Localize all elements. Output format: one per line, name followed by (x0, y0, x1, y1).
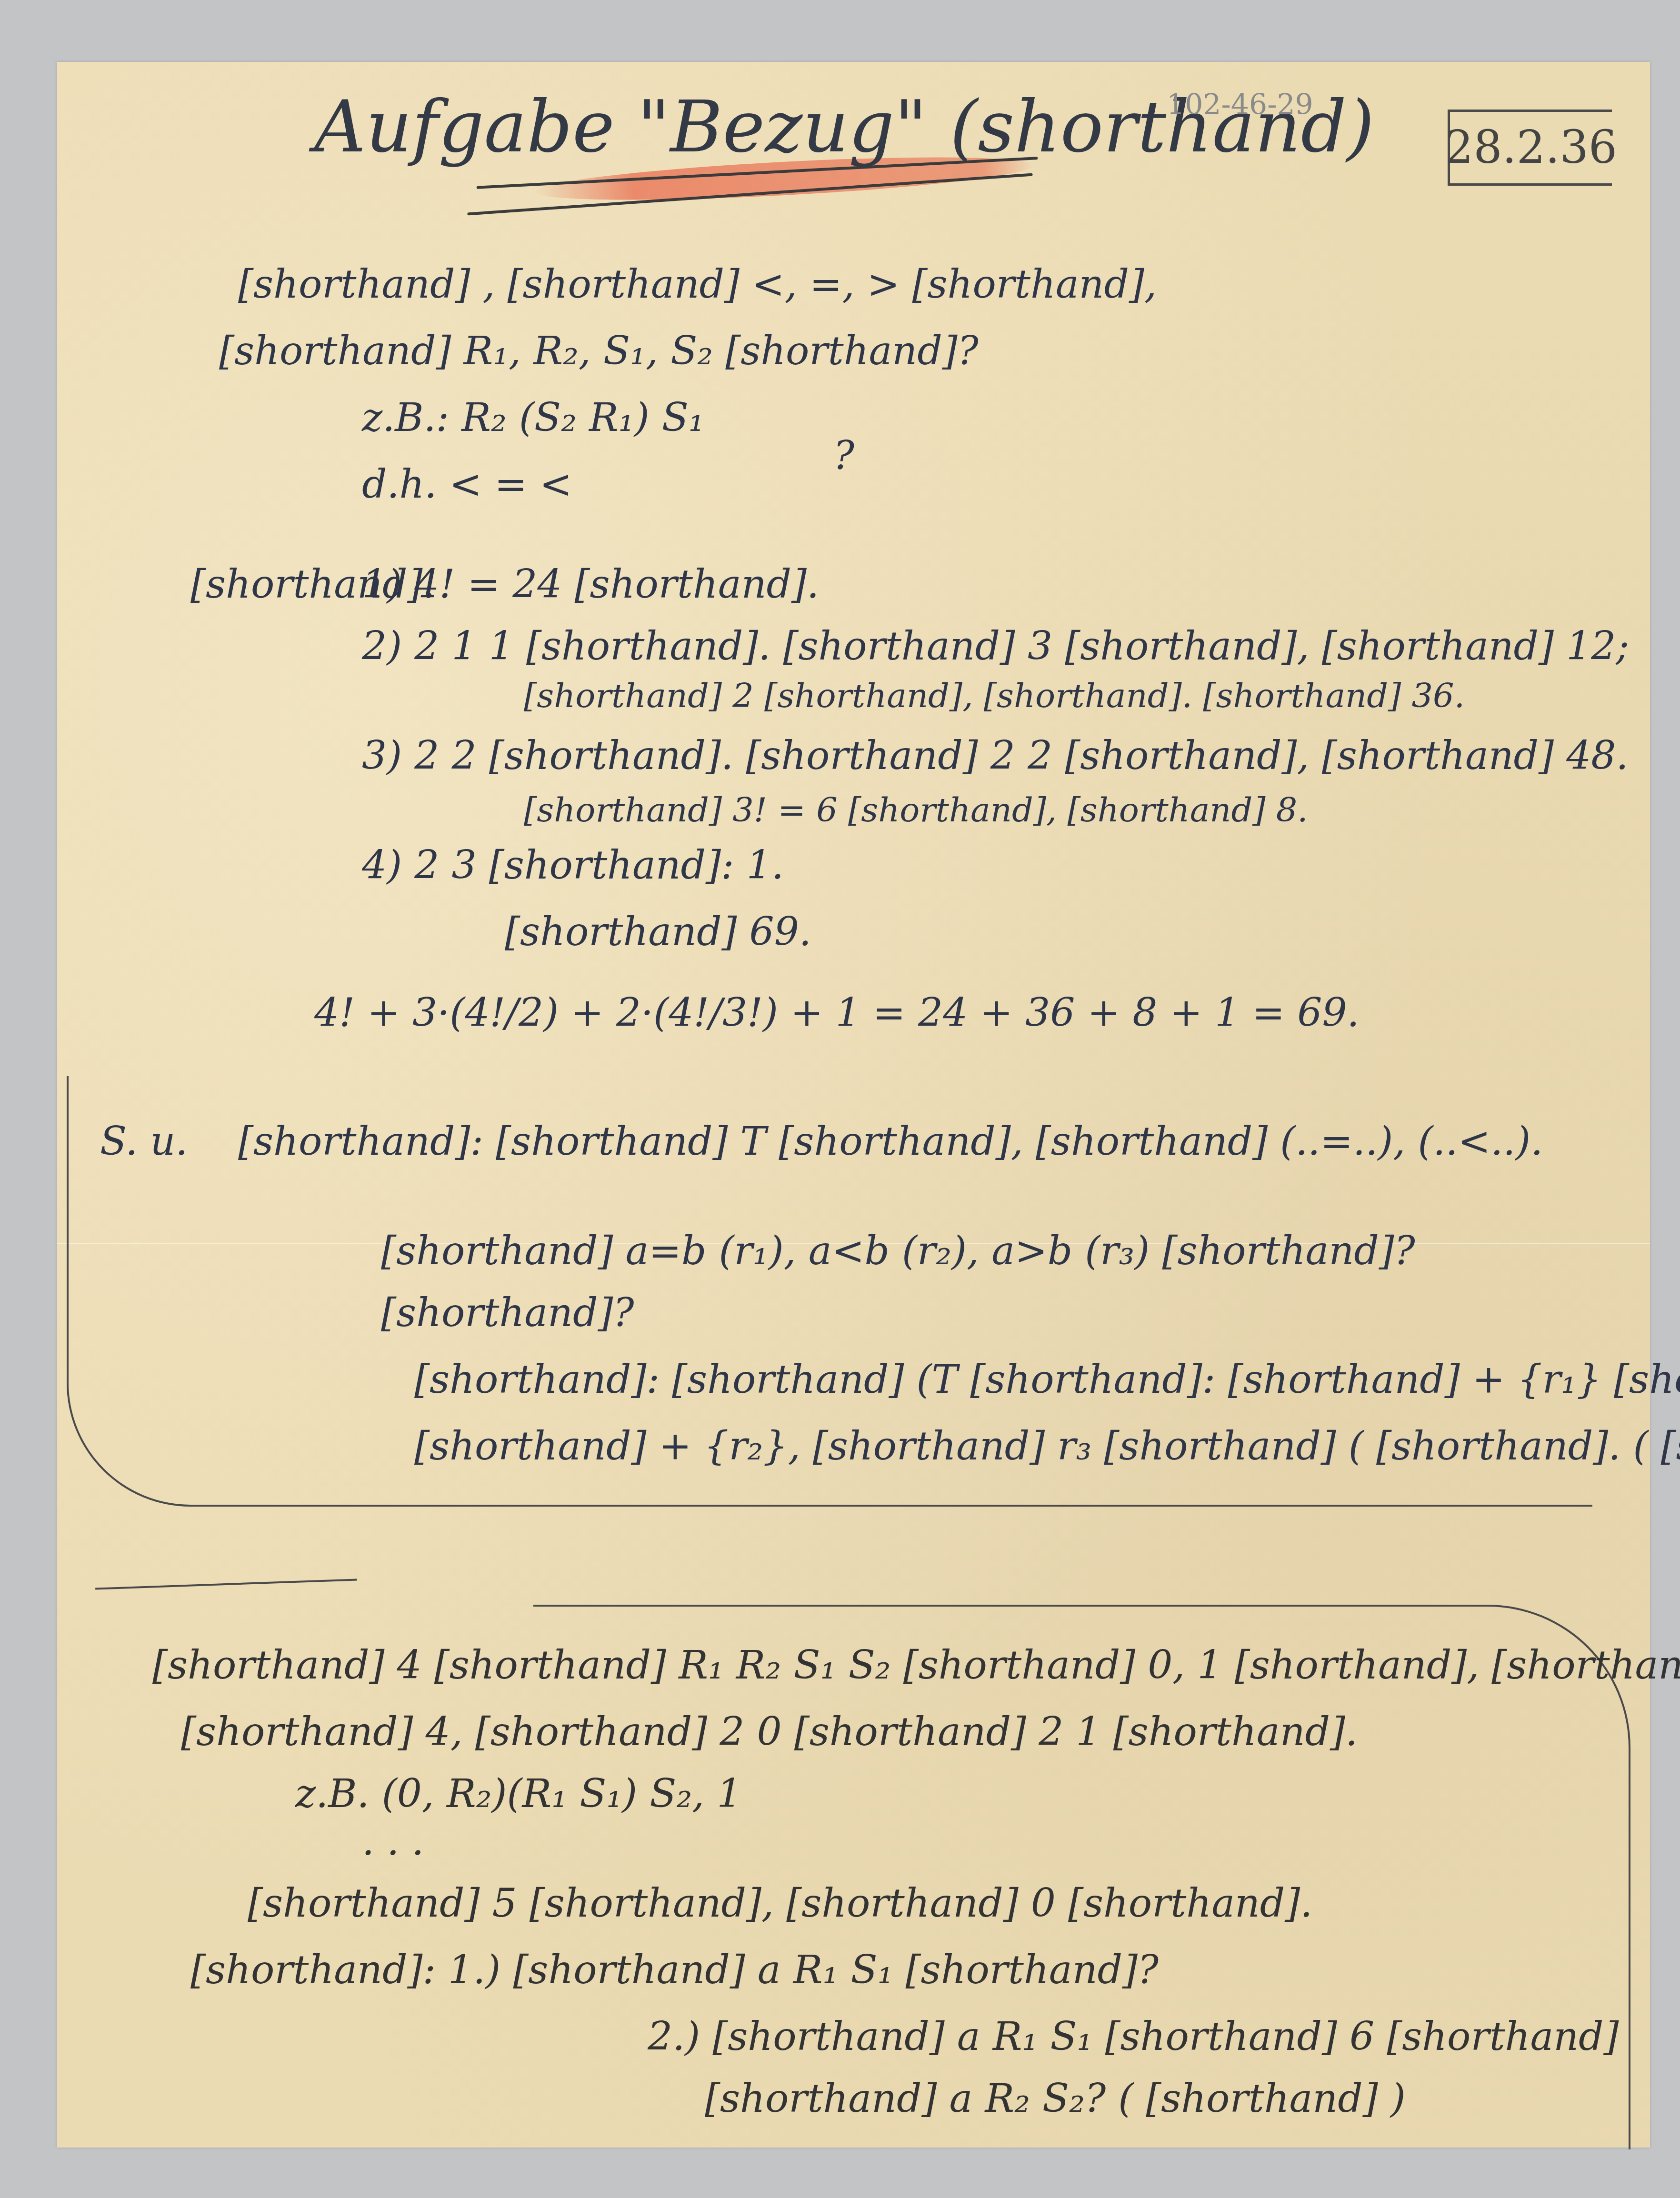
s4-line-1: [shorthand] 4 [shorthand] R₁ R₂ S₁ S₂ [s… (152, 1643, 1680, 1688)
s4-line-2: [shorthand] 4, [shorthand] 2 0 [shorthan… (181, 1709, 1358, 1755)
date: 28.2.36 (1445, 121, 1618, 174)
archive-number: 102-46-29 (1167, 88, 1313, 121)
s1-line-4: d.h. < = < (362, 462, 572, 507)
s4-line-7: 2.) [shorthand] a R₁ S₁ [shorthand] 6 [s… (648, 2014, 1619, 2059)
s4-line-5: [shorthand] 5 [shorthand], [shorthand] 0… (248, 1881, 1312, 1926)
s4-line-4: . . . (362, 1819, 424, 1864)
manuscript-page: Aufgabe "Bezug" (shorthand) 102-46-29 28… (57, 62, 1650, 2148)
s2-item-2: 2) 2 1 1 [shorthand]. [shorthand] 3 [sho… (362, 624, 1629, 669)
s3-label: S. u. (100, 1119, 188, 1164)
s4-line-8: [shorthand] a R₂ S₂? ( [shorthand] ) (705, 2076, 1406, 2121)
s2-item-7: [shorthand] 69. (505, 909, 811, 955)
s2-item-4: 3) 2 2 [shorthand]. [shorthand] 2 2 [sho… (362, 733, 1629, 779)
s3-line-4: [shorthand]: [shorthand] (T [shorthand]:… (414, 1357, 1680, 1402)
s2-item-5: [shorthand] 3! = 6 [shorthand], [shortha… (524, 790, 1308, 829)
s1-line-1: [shorthand] , [shorthand] <, =, > [short… (238, 262, 1157, 307)
formula: 4! + 3·(4!/2) + 2·(4!/3!) + 1 = 24 + 36 … (314, 990, 1360, 1036)
divider-line (95, 1579, 357, 1589)
s3-line-3: [shorthand]? (381, 1290, 634, 1336)
s2-item-6: 4) 2 3 [shorthand]: 1. (362, 843, 784, 888)
s1-question: ? (833, 433, 854, 479)
date-box: 28.2.36 (1448, 110, 1612, 186)
s1-line-3: z.B.: R₂ (S₂ R₁) S₁ (362, 395, 704, 440)
s3-line-2: [shorthand] a=b (r₁), a<b (r₂), a>b (r₃)… (381, 1229, 1415, 1274)
s2-item-1: 1) 4! = 24 [shorthand]. (362, 562, 819, 607)
s3-line-1: [shorthand]: [shorthand] T [shorthand], … (238, 1119, 1543, 1164)
s1-line-2: [shorthand] R₁, R₂, S₁, S₂ [shorthand]? (219, 329, 979, 374)
s4-line-3: z.B. (0, R₂)(R₁ S₁) S₂, 1 (295, 1771, 742, 1817)
s3-line-5: [shorthand] + {r₂}, [shorthand] r₃ [shor… (414, 1424, 1680, 1469)
s2-item-3: [shorthand] 2 [shorthand], [shorthand]. … (524, 676, 1465, 715)
s4-line-6: [shorthand]: 1.) [shorthand] a R₁ S₁ [sh… (190, 1948, 1159, 1993)
